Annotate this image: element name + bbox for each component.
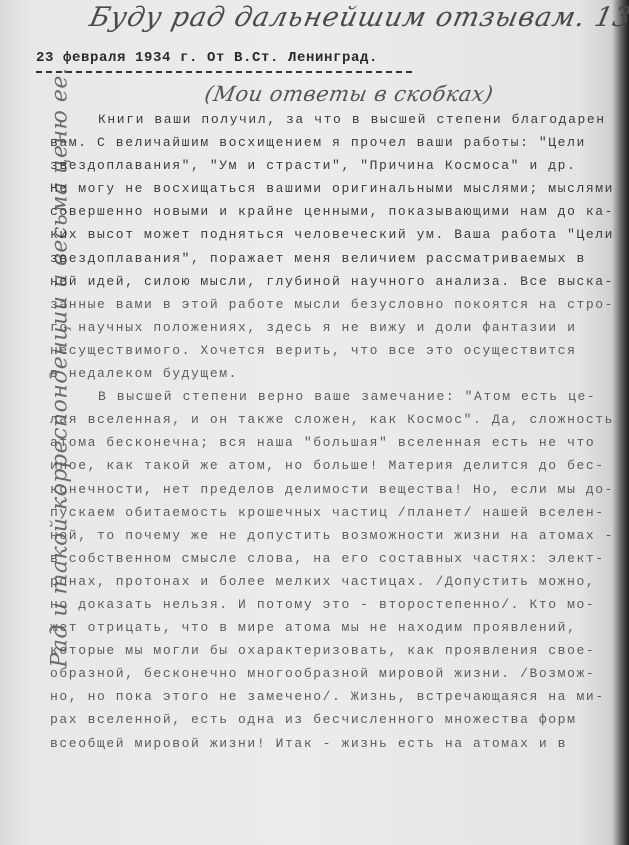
text-line: жет отрицать, что в мире атома мы не нах… [50,616,615,639]
text-line: иное, как такой же атом, но больше! Мате… [50,454,615,477]
text-line: вам. С величайшим восхищением я прочел в… [50,131,615,154]
text-line: атома бесконечна; вся наша "большая" все… [50,431,615,454]
text-line: ной, то почему же не допустить возможнос… [50,524,615,547]
document-page: Буду рад дальнейшим отзывам. 135 23 февр… [0,0,629,845]
text-line: ронах, протонах и более мелких частицах.… [50,570,615,593]
text-line: Книги ваши получил, за что в высшей степ… [50,108,615,131]
text-line: которые мы могли бы охарактеризовать, ка… [50,639,615,662]
handwritten-top-note: Буду рад дальнейшим отзывам. 135 [87,2,629,33]
text-line: го научных положениях, здесь я не вижу и… [50,316,615,339]
text-line: рах вселенной, есть одна из бесчисленног… [50,708,615,731]
text-line: образной, бесконечно многообразной миров… [50,662,615,685]
text-line: ней идей, силою мысли, глубиной научного… [50,270,615,293]
typed-body: Книги ваши получил, за что в высшей степ… [50,108,615,755]
letter-header: 23 февраля 1934 г. От В.Ст. Ленинград. [36,50,378,66]
text-line: всеобщей мировой жизни! Итак - жизнь ест… [50,732,615,755]
text-line: В высшей степени верно ваше замечание: "… [50,385,615,408]
text-line: лая вселенная, и он также сложен, как Ко… [50,408,615,431]
text-line: совершенно новыми и крайне ценными, пока… [50,200,615,223]
handwritten-subtitle: (Мои ответы в скобках) [203,82,495,106]
text-line: занные вами в этой работе мысли безуслов… [50,293,615,316]
text-line: пускаем обитаемость крошечных частиц /пл… [50,501,615,524]
text-line: несуществимого. Хочется верить, что все … [50,339,615,362]
text-line: в недалеком будущем. [50,362,615,385]
text-line: но доказать нельзя. И потому это - второ… [50,593,615,616]
text-line: ких высот может подняться человеческий у… [50,223,615,246]
text-line: но, но пока этого не замечено/. Жизнь, в… [50,685,615,708]
text-line: в собственном смысле слова, на его соста… [50,547,615,570]
text-line: Не могу не восхищаться вашими оригинальн… [50,177,615,200]
text-line: звездоплавания", "Ум и страсти", "Причин… [50,154,615,177]
text-line: конечности, нет пределов делимости вещес… [50,478,615,501]
dashed-rule [36,71,412,73]
text-line: звездоплавания", поражает меня величием … [50,247,615,270]
